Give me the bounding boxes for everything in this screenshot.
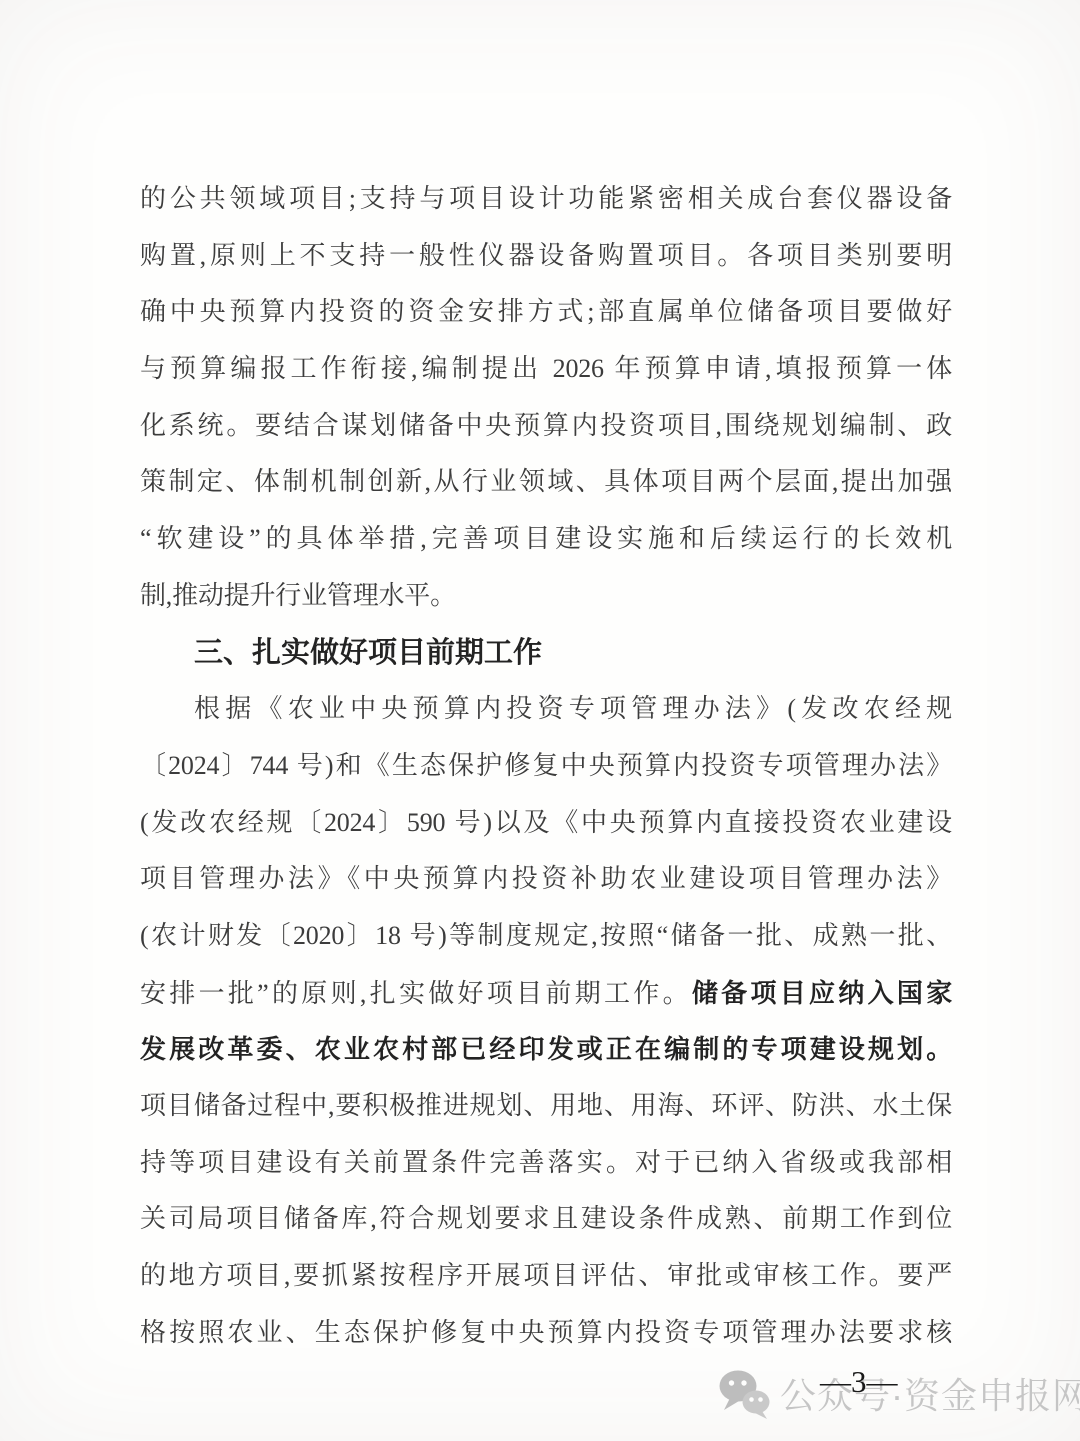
bold-text-segment: 发展改革委、农业农村部已经印发或正在编制的专项建设规划。: [140, 1034, 952, 1064]
text-segment: 安排一批”的原则,扎实做好项目前期工作。: [140, 979, 692, 1008]
text-line: 项目管理办法》《中央预算内投资补助农业建设项目管理办法》: [140, 851, 952, 908]
text-line: 持等项目建设有关前置条件完善落实。对于已纳入省级或我部相: [140, 1135, 952, 1192]
text-line: 化系统。要结合谋划储备中央预算内投资项目,围绕规划编制、政: [140, 398, 952, 455]
wechat-icon: [718, 1369, 770, 1419]
text-line: 制,推动提升行业管理水平。: [140, 568, 952, 625]
text-line: 购置,原则上不支持一般性仪器设备购置项目。各项目类别要明: [140, 228, 952, 285]
text-line: 的公共领域项目;支持与项目设计功能紧密相关成台套仪器设备: [140, 171, 952, 228]
text-line: (农计财发〔2020〕18 号)等制度规定,按照“储备一批、成熟一批、: [140, 908, 952, 965]
text-line: 〔2024〕744 号)和《生态保护修复中央预算内投资专项管理办法》: [140, 738, 952, 795]
text-line: 项目储备过程中,要积极推进规划、用地、用海、环评、防洪、水土保: [140, 1078, 952, 1135]
text-line: 的地方项目,要抓紧按程序开展项目评估、审批或审核工作。要严: [140, 1248, 952, 1305]
document-page: 的公共领域项目;支持与项目设计功能紧密相关成台套仪器设备 购置,原则上不支持一般…: [0, 0, 1080, 1441]
text-line: 格按照农业、生态保护修复中央预算内投资专项管理办法要求核: [140, 1305, 952, 1362]
page-number: —3—: [820, 1362, 898, 1402]
document-body: 的公共领域项目;支持与项目设计功能紧密相关成台套仪器设备 购置,原则上不支持一般…: [140, 171, 952, 1361]
text-line: 安排一批”的原则,扎实做好项目前期工作。储备项目应纳入国家: [140, 965, 952, 1022]
text-line: 与预算编报工作衔接,编制提出 2026 年预算申请,填报预算一体: [140, 341, 952, 398]
bold-text-segment: 储备项目应纳入国家: [692, 978, 952, 1008]
text-line: 策制定、体制机制创新,从行业领域、具体项目两个层面,提出加强: [140, 454, 952, 511]
text-line: 根据《农业中央预算内投资专项管理办法》(发改农经规: [140, 681, 952, 738]
text-line: 关司局项目储备库,符合规划要求且建设条件成熟、前期工作到位: [140, 1191, 952, 1248]
section-heading: 三、扎实做好项目前期工作: [140, 625, 952, 682]
text-line: 确中央预算内投资的资金安排方式;部直属单位储备项目要做好: [140, 284, 952, 341]
text-line: “软建设”的具体举措,完善项目建设实施和后续运行的长效机: [140, 511, 952, 568]
watermark: 公众号·资金申报网: [718, 1368, 1080, 1419]
text-line: 发展改革委、农业农村部已经印发或正在编制的专项建设规划。: [140, 1021, 952, 1078]
text-line: (发改农经规〔2024〕590 号)以及《中央预算内直接投资农业建设: [140, 795, 952, 852]
